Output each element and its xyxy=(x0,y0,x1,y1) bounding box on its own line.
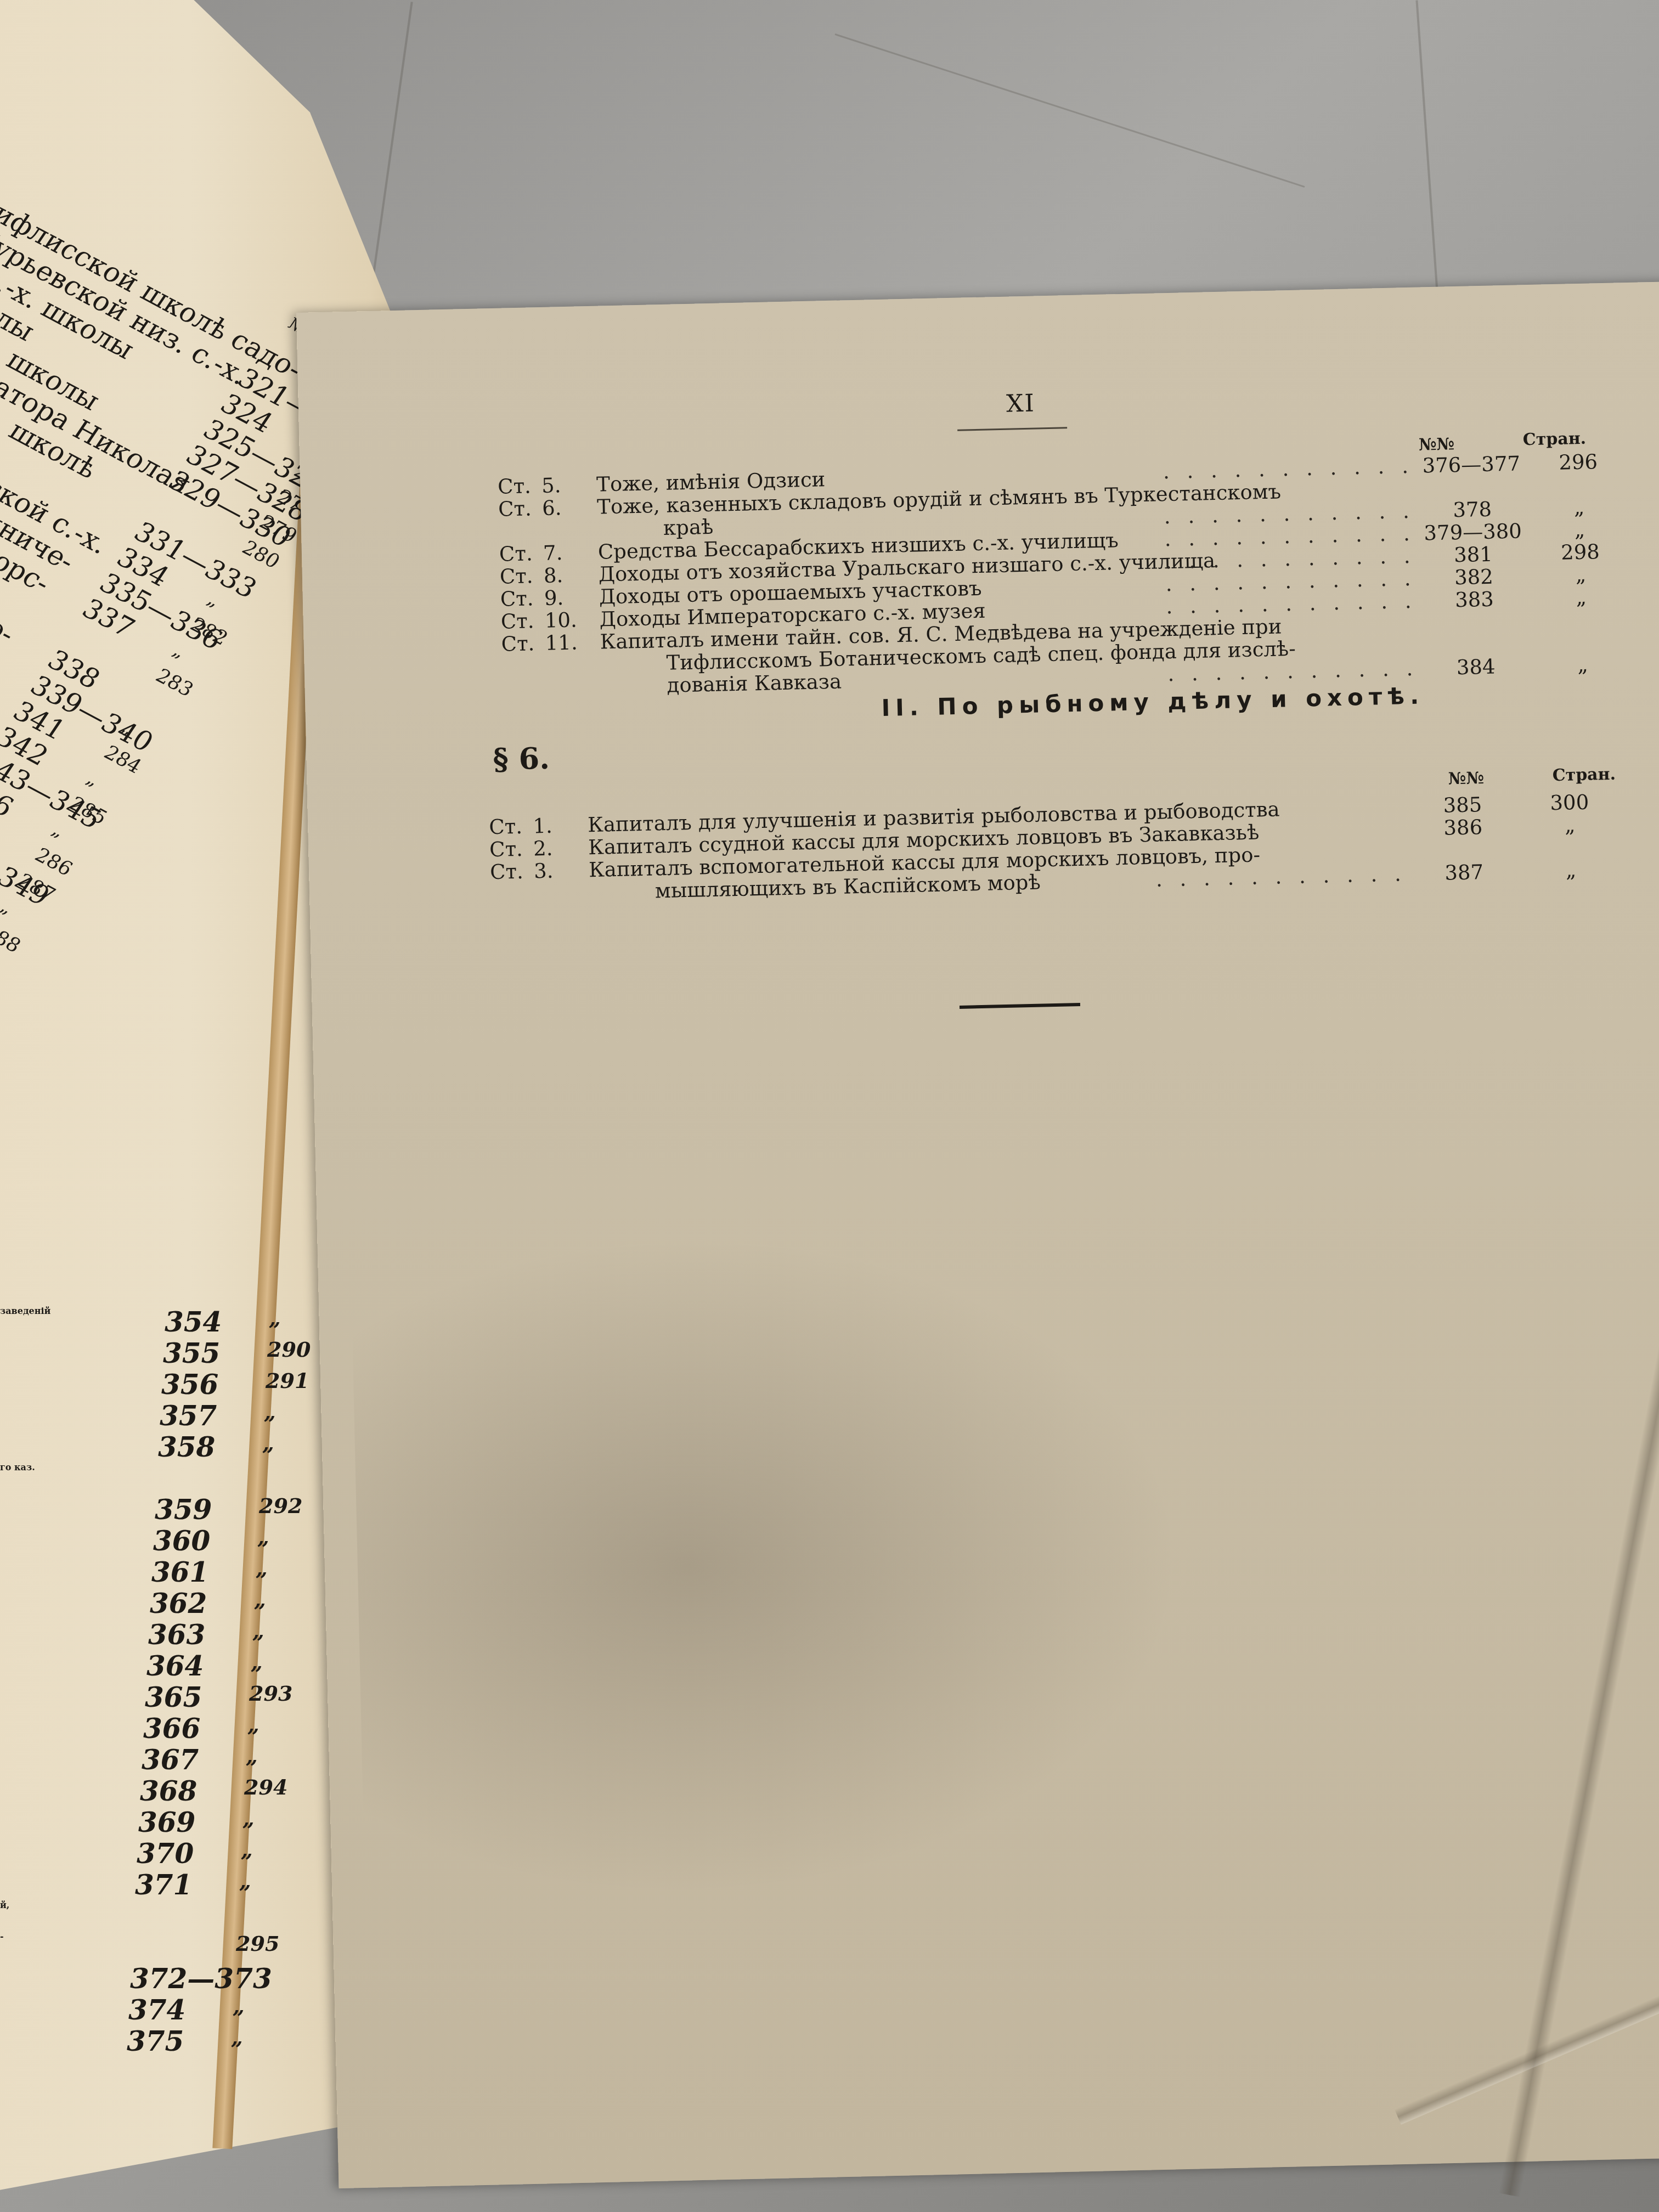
floor-tile-seam xyxy=(1415,1,1439,307)
article-number: 7. xyxy=(543,541,577,565)
left-entry-text: го каз. xyxy=(0,1462,35,1472)
entry-no: 381 xyxy=(1410,542,1537,567)
left-entry-page: „ xyxy=(251,1650,263,1674)
left-entry-page: 295 xyxy=(236,1931,279,1956)
left-entry-no: 375 xyxy=(127,2025,184,2057)
left-entry-text: й, xyxy=(0,1900,9,1910)
left-entry-no: 364 xyxy=(146,1650,204,1682)
entry-no: 384 xyxy=(1413,654,1539,680)
entry-no: 385 xyxy=(1399,792,1526,817)
left-entry-page: „ xyxy=(169,639,191,663)
left-entry-page: „ xyxy=(246,1743,258,1768)
entry-page: 298 xyxy=(1542,540,1619,564)
left-entry-page: „ xyxy=(241,1837,253,1862)
left-entry-page: „ xyxy=(0,895,18,919)
entry-page: 300 xyxy=(1531,791,1608,815)
article-number: 8. xyxy=(544,564,577,587)
left-entry-no: 361 xyxy=(151,1556,208,1588)
left-entry-no: 360 xyxy=(153,1525,210,1557)
left-entry-no: 368 xyxy=(140,1775,197,1807)
entry-page: „ xyxy=(1531,813,1609,837)
left-page-lower-entries: заведеній354„355290356291357„358„го каз.… xyxy=(0,1306,307,2056)
article-number: 1. xyxy=(533,814,566,837)
left-toc-row: 363„ xyxy=(0,1618,307,1650)
left-entry-page: „ xyxy=(231,2025,243,2050)
paper-fold xyxy=(1499,1223,1659,2197)
article-label: Ст. xyxy=(500,565,533,588)
entry-no: 383 xyxy=(1411,587,1538,612)
left-toc-row: -295 xyxy=(0,1931,307,1962)
floor-tile-seam xyxy=(835,33,1305,188)
entry-no: 387 xyxy=(1401,860,1527,885)
left-toc-row: 356291 xyxy=(0,1368,307,1400)
col-head-page-2: Стран. xyxy=(1552,765,1616,786)
entry-page: „ xyxy=(1544,652,1622,676)
left-toc-row: заведеній354„ xyxy=(0,1306,307,1337)
left-entry-text: заведеній xyxy=(0,1306,50,1316)
left-entry-no: 371 xyxy=(135,1869,192,1901)
article-label: Ст. xyxy=(489,815,522,838)
dot-leader: . . . . . . . . . . . xyxy=(1167,657,1419,685)
left-entry-no: 374 xyxy=(128,1994,185,2026)
article-number: 9. xyxy=(544,586,577,610)
left-toc-row: го каз. xyxy=(0,1462,307,1493)
left-toc-row: 367„ xyxy=(0,1743,307,1775)
left-toc-row: 355290 xyxy=(0,1337,307,1368)
article-number: 5. xyxy=(541,474,575,497)
left-entry-no: 365 xyxy=(145,1681,202,1713)
left-entry-page: 294 xyxy=(244,1775,287,1799)
left-entry-page: „ xyxy=(252,1618,264,1643)
left-entry-no: 359 xyxy=(155,1493,212,1526)
left-entry-page: „ xyxy=(233,1994,245,2018)
left-entry-no: 358 xyxy=(158,1431,215,1463)
article-label: Ст. xyxy=(499,542,533,565)
left-entry-page: „ xyxy=(256,1556,268,1581)
left-toc-row: 370„ xyxy=(0,1837,307,1869)
entry-no: 382 xyxy=(1410,565,1537,590)
left-toc-row: 365293 xyxy=(0,1681,307,1712)
article-number: 10. xyxy=(544,609,578,632)
left-toc-row: 364„ xyxy=(0,1650,307,1681)
entry-page: „ xyxy=(1541,495,1618,519)
col-head-page: Стран. xyxy=(1522,429,1586,450)
left-entry-page: 293 xyxy=(249,1681,292,1706)
left-toc-row: 372—373 xyxy=(0,1962,307,1994)
article-label: Ст. xyxy=(498,475,531,498)
article-label: Ст. xyxy=(500,610,534,633)
entry-page: 296 xyxy=(1539,450,1617,474)
left-entry-no: 354 xyxy=(165,1306,222,1338)
left-toc-row: 375„ xyxy=(0,2025,307,2056)
left-toc-row: 366„ xyxy=(0,1712,307,1743)
toc-bottom-list: Ст.1.Капиталъ для улучшенія и развитія р… xyxy=(489,791,1621,906)
left-entry-page: „ xyxy=(48,819,70,842)
col-head-no: №№ xyxy=(1419,435,1455,454)
entry-no: 386 xyxy=(1400,815,1526,840)
article-number: 11. xyxy=(545,631,578,654)
left-toc-row: 358„ xyxy=(0,1431,307,1462)
left-entry-no: 355 xyxy=(163,1337,220,1369)
left-entry-page: 291 xyxy=(266,1368,309,1393)
left-entry-no: 370 xyxy=(137,1837,194,1870)
article-label: Ст. xyxy=(500,587,533,610)
left-entry-no: 362 xyxy=(150,1587,207,1620)
left-entry-page: 290 xyxy=(267,1337,311,1362)
entry-text: дованія Кавказа xyxy=(667,670,842,697)
article-label: Ст. xyxy=(490,860,523,883)
left-toc-row: 374„ xyxy=(0,1994,307,2025)
left-entry-no: 372—373 xyxy=(130,1962,272,1995)
left-toc-row: 368294 xyxy=(0,1775,307,1806)
left-toc-row: й, xyxy=(0,1900,307,1931)
article-number: 3. xyxy=(534,859,567,882)
end-rule xyxy=(960,1003,1080,1009)
left-entry-no: 369 xyxy=(138,1806,195,1838)
left-entry-page: „ xyxy=(262,1431,274,1455)
left-entry-page: „ xyxy=(242,1806,255,1831)
left-entry-page: „ xyxy=(247,1712,259,1737)
entry-text: краѣ xyxy=(663,516,714,539)
page-number-rule xyxy=(957,427,1067,431)
entry-no: 379—380 xyxy=(1409,520,1536,545)
left-toc-row: 371„ xyxy=(0,1869,307,1900)
entry-no: 378 xyxy=(1409,497,1536,522)
article-number: 2. xyxy=(533,837,567,860)
entry-page: „ xyxy=(1532,858,1610,882)
toc-top-list: Ст.5.Тоже, имѣнія Одзиси. . . . . . . . … xyxy=(498,450,1633,701)
article-label: Ст. xyxy=(501,632,534,655)
left-entry-page: „ xyxy=(264,1400,276,1424)
left-entry-page: „ xyxy=(204,588,225,611)
dot-leader: . . . . . . . . . . . xyxy=(1155,862,1407,890)
left-entry-no: 356 xyxy=(161,1368,218,1401)
left-toc-row: 362„ xyxy=(0,1587,307,1618)
article-label: Ст. xyxy=(489,838,523,861)
left-entry-page: „ xyxy=(254,1587,266,1612)
page-number: XI xyxy=(1006,389,1036,417)
col-head-no-2: №№ xyxy=(1448,769,1484,788)
left-toc-row: 369„ xyxy=(0,1806,307,1837)
left-entry-no: 363 xyxy=(148,1618,205,1651)
article-number: 6. xyxy=(542,496,575,520)
paragraph-number: § 6. xyxy=(493,741,550,777)
left-entry-page: „ xyxy=(82,767,104,791)
left-entry-no: 357 xyxy=(160,1400,217,1432)
right-page: XI №№ Стран. Ст.5.Тоже, имѣнія Одзиси. .… xyxy=(296,281,1659,2188)
left-toc-row: 361„ xyxy=(0,1556,307,1587)
left-entry-no: 367 xyxy=(142,1743,199,1776)
left-entry-page: „ xyxy=(269,1306,281,1330)
left-entry-page: 292 xyxy=(259,1493,302,1518)
entry-page: „ xyxy=(1542,562,1620,586)
article-label: Ст. xyxy=(498,497,532,520)
left-toc-row: 359292 xyxy=(0,1493,307,1525)
entry-page: „ xyxy=(1541,517,1618,541)
left-toc-row: 357„ xyxy=(0,1400,307,1431)
entry-no: 376—377 xyxy=(1408,452,1534,477)
entry-page: „ xyxy=(1543,585,1620,609)
left-entry-text: - xyxy=(0,1931,4,1942)
left-entry-page: „ xyxy=(257,1525,269,1549)
left-entry-no: 366 xyxy=(143,1712,200,1745)
left-toc-row: 360„ xyxy=(0,1525,307,1556)
hand-shadow xyxy=(351,1226,1188,1903)
left-entry-page: „ xyxy=(239,1869,251,1893)
